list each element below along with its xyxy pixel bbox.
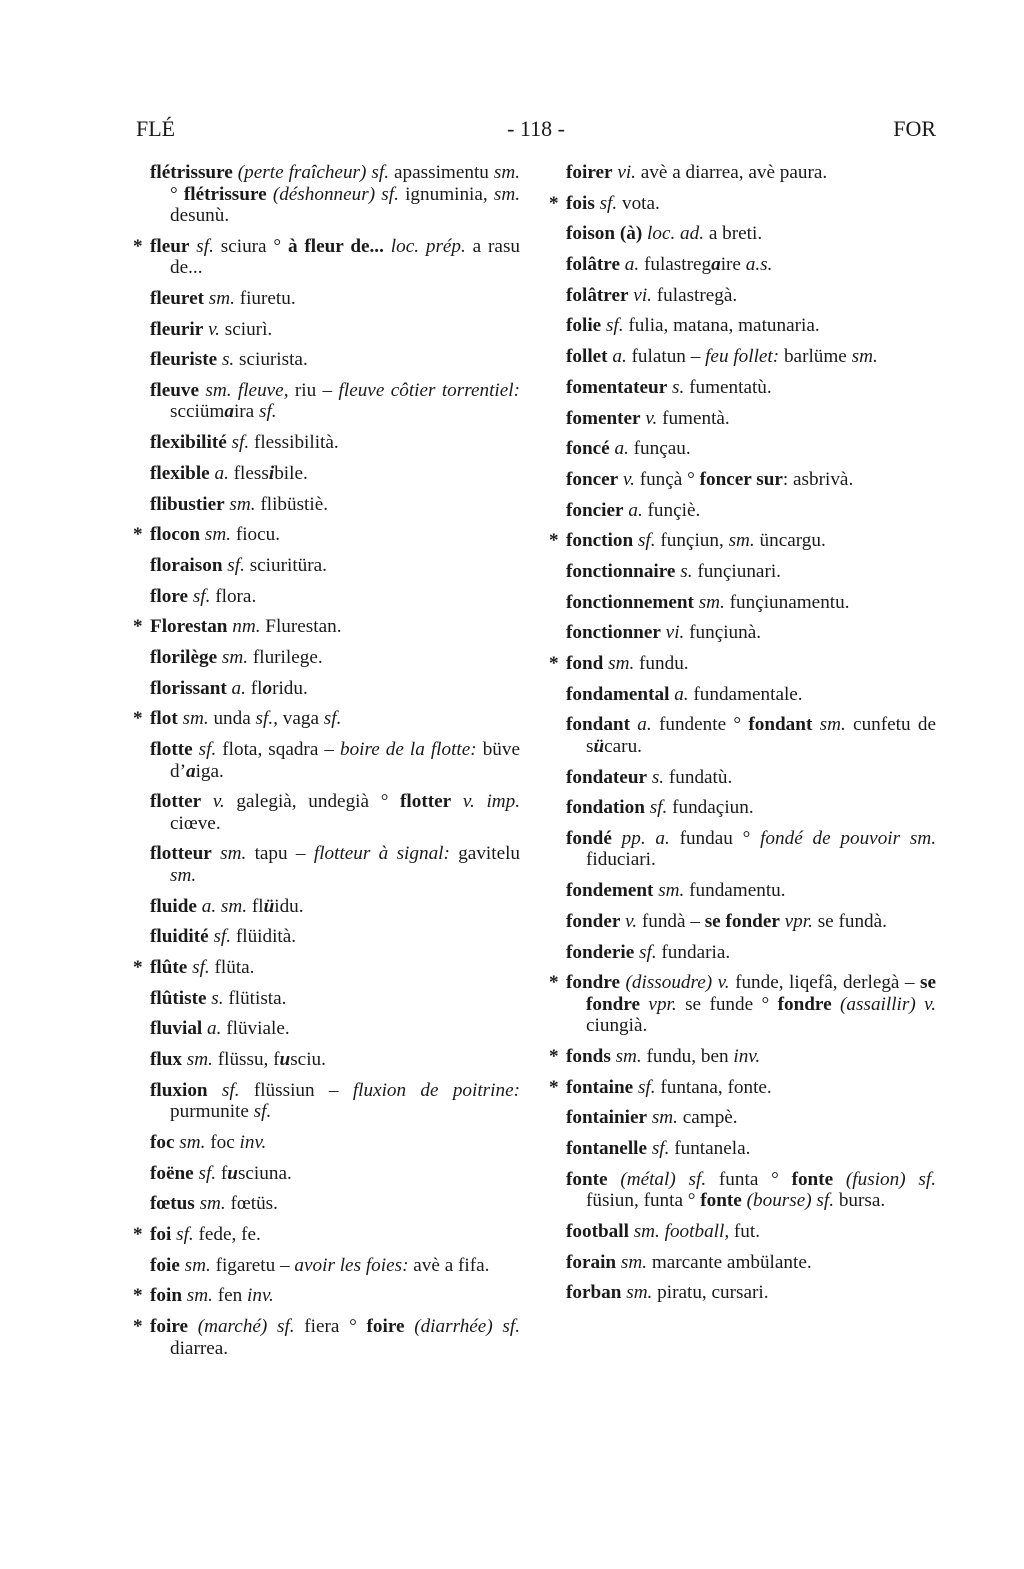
grammar-label: (fusion) sf. xyxy=(846,1169,936,1190)
definition-text: fen xyxy=(213,1285,247,1306)
grammar-label: sf. xyxy=(232,432,250,453)
dictionary-entry: folâtre a. fulastregaire a.s. xyxy=(566,254,936,276)
new-entry-asterisk-marker: * xyxy=(133,616,143,638)
grammar-label: (diarrhée) sf. xyxy=(414,1316,520,1337)
headword: fluvial xyxy=(150,1018,202,1039)
grammar-label: (perte fraîcheur) sf. xyxy=(238,162,389,183)
definition-text: ciœve. xyxy=(170,813,221,834)
new-entry-asterisk-marker: * xyxy=(133,1224,143,1246)
dictionary-entry: foc sm. foc inv. xyxy=(150,1132,520,1154)
headword: foirer xyxy=(566,162,613,183)
headword: flotteur xyxy=(150,843,212,864)
headword: fois xyxy=(566,193,595,214)
headword: foncer sur xyxy=(700,469,783,490)
definition-text: funçà ° xyxy=(635,469,700,490)
definition-text: funçiunamentu. xyxy=(725,592,850,613)
definition-text: a xyxy=(711,254,721,275)
dictionary-entry: fluvial a. flüviale. xyxy=(150,1018,520,1040)
grammar-label: a. sm. xyxy=(202,896,247,917)
definition-text: funçiunari. xyxy=(693,561,781,582)
grammar-label: sm. fleuve, xyxy=(205,380,288,401)
definition-text xyxy=(405,1316,415,1337)
grammar-label: vi. xyxy=(617,162,636,183)
dictionary-entry: foirer vi. avè a diarrea, avè paura. xyxy=(566,162,936,184)
definition-text: ü xyxy=(264,896,275,917)
grammar-label: s. xyxy=(211,988,223,1009)
definition-text: funde, liqefâ, derlegà – xyxy=(730,972,920,993)
headword: florilège xyxy=(150,647,217,668)
headword: flûtiste xyxy=(150,988,207,1009)
definition-text: sciurista. xyxy=(234,349,308,370)
grammar-label: s. xyxy=(672,377,684,398)
definition-text: fundamentu. xyxy=(684,880,785,901)
dictionary-entry: floraison sf. sciuritüra. xyxy=(150,555,520,577)
dictionary-entry: fleuriste s. sciurista. xyxy=(150,349,520,371)
headword: fleuriste xyxy=(150,349,217,370)
headword: fonctionnaire xyxy=(566,561,675,582)
definition-text: scciüm xyxy=(170,401,224,422)
headword: fonctionnement xyxy=(566,592,694,613)
new-entry-asterisk-marker: * xyxy=(549,1077,559,1099)
definition-text: galegià, undegià ° xyxy=(225,791,400,812)
headword: fomentateur xyxy=(566,377,667,398)
headword: flotter xyxy=(400,791,451,812)
definition-text: flota, sqadra – xyxy=(216,739,340,760)
headword: fonte xyxy=(700,1190,742,1211)
grammar-label: a.s. xyxy=(746,254,773,275)
definition-text: fulatun – xyxy=(627,346,705,367)
headword: fondement xyxy=(566,880,653,901)
definition-text: fede, fe. xyxy=(194,1224,261,1245)
grammar-label: sm. xyxy=(652,1107,678,1128)
definition-text: apassimentu xyxy=(389,162,494,183)
definition-text: flüidità. xyxy=(231,926,296,947)
definition-text: Flurestan. xyxy=(261,616,342,637)
headword: fleur xyxy=(150,236,189,257)
dictionary-entry: flibustier sm. flibüstiè. xyxy=(150,494,520,516)
header-last-guide-word: FOR xyxy=(893,116,936,142)
grammar-label: feu follet: xyxy=(705,346,779,367)
definition-text: flüssu, f xyxy=(213,1049,280,1070)
new-entry-asterisk-marker: * xyxy=(549,530,559,552)
headword: Florestan xyxy=(150,616,227,637)
definition-text: fiera ° xyxy=(295,1316,367,1337)
definition-text: sciuritüra. xyxy=(245,555,327,576)
definition-text: avè a diarrea, avè paura. xyxy=(636,162,827,183)
definition-text: desunù. xyxy=(170,205,229,226)
definition-text: diarrea. xyxy=(170,1338,228,1359)
dictionary-entry: foncé a. funçau. xyxy=(566,438,936,460)
headword: follet xyxy=(566,346,608,367)
dictionary-entry: *fontaine sf. funtana, fonte. xyxy=(566,1077,936,1099)
dictionary-entry: fluidité sf. flüidità. xyxy=(150,926,520,948)
dictionary-entry: *Florestan nm. Flurestan. xyxy=(150,616,520,638)
grammar-label: sf. xyxy=(259,401,277,422)
grammar-label: (métal) sf. xyxy=(620,1169,706,1190)
dictionary-entry: fomenter v. fumentà. xyxy=(566,408,936,430)
definition-text: fless xyxy=(229,463,269,484)
dictionary-entry: flotter v. galegià, undegià ° flotter v.… xyxy=(150,791,520,834)
definition-text: fundaçiun. xyxy=(667,797,753,818)
definition-text: bile. xyxy=(274,463,308,484)
grammar-label: sf. xyxy=(196,236,214,257)
dictionary-entry: forban sm. piratu, cursari. xyxy=(566,1282,936,1304)
headword: foncier xyxy=(566,500,624,521)
headword: fontanelle xyxy=(566,1138,647,1159)
definition-text xyxy=(188,1316,198,1337)
new-entry-asterisk-marker: * xyxy=(549,972,559,994)
headword: à fleur de... xyxy=(288,236,384,257)
headword: flore xyxy=(150,586,188,607)
right-column: foirer vi. avè a diarrea, avè paura.*foi… xyxy=(566,162,936,1313)
definition-text: fundatù. xyxy=(664,767,732,788)
grammar-label: sm. xyxy=(179,1132,205,1153)
new-entry-asterisk-marker: * xyxy=(133,524,143,546)
definition-text: avè a fifa. xyxy=(408,1255,489,1276)
dictionary-entry: fondation sf. fundaçiun. xyxy=(566,797,936,819)
grammar-label: s. xyxy=(222,349,234,370)
grammar-label: sf. xyxy=(606,315,624,336)
definition-text: funçiunà. xyxy=(684,622,761,643)
definition-text: sciuna. xyxy=(238,1163,292,1184)
definition-text: flurilege. xyxy=(248,647,323,668)
headword: flexible xyxy=(150,463,210,484)
headword: flux xyxy=(150,1049,182,1070)
definition-text: ire xyxy=(721,254,746,275)
headword: se fonder xyxy=(705,911,780,932)
definition-text: fundamentale. xyxy=(689,684,803,705)
definition-text: marcante ambülante. xyxy=(647,1252,812,1273)
definition-text: fl xyxy=(246,678,263,699)
definition-text: fumentà. xyxy=(657,408,729,429)
grammar-label: pp. a. xyxy=(622,828,670,849)
definition-text: funçiun, xyxy=(656,530,729,551)
dictionary-entry: folie sf. fulia, matana, matunaria. xyxy=(566,315,936,337)
definition-text: u xyxy=(280,1049,291,1070)
headword: foncé xyxy=(566,438,610,459)
headword: fondant xyxy=(566,714,630,735)
grammar-label: inv. xyxy=(240,1132,267,1153)
new-entry-asterisk-marker: * xyxy=(133,708,143,730)
definition-text: se fundà. xyxy=(813,911,887,932)
grammar-label: sm. xyxy=(187,1285,213,1306)
dictionary-entry: fondé pp. a. fundau ° fondé de pouvoir s… xyxy=(566,828,936,871)
definition-text: flüta. xyxy=(210,957,255,978)
headword: folie xyxy=(566,315,601,336)
definition-text: barlüme xyxy=(779,346,851,367)
dictionary-entry: foison (à) loc. ad. a breti. xyxy=(566,223,936,245)
headword: flotte xyxy=(150,739,193,760)
grammar-label: fleuve côtier torrentiel: xyxy=(339,380,520,401)
grammar-label: sf. xyxy=(600,193,618,214)
definition-text: fl xyxy=(247,896,264,917)
grammar-label: sf. xyxy=(652,1138,670,1159)
definition-text: üncargu. xyxy=(755,530,826,551)
grammar-label: vpr. xyxy=(785,911,813,932)
grammar-label: sm. xyxy=(200,1193,226,1214)
grammar-label: sf. xyxy=(254,1101,272,1122)
headword: fondé xyxy=(566,828,612,849)
grammar-label: sf. xyxy=(198,1163,216,1184)
grammar-label: sm. xyxy=(187,1049,213,1070)
definition-text: sciu. xyxy=(290,1049,326,1070)
dictionary-entry: florissant a. floridu. xyxy=(150,678,520,700)
dictionary-entry: fomentateur s. fumentatù. xyxy=(566,377,936,399)
grammar-label: fondé de pouvoir sm. xyxy=(760,828,936,849)
grammar-label: flotteur à signal: xyxy=(314,843,450,864)
definition-text: tapu – xyxy=(246,843,314,864)
headword: fondre xyxy=(566,972,620,993)
headword: florissant xyxy=(150,678,227,699)
dictionary-entry: flux sm. flüssu, fusciu. xyxy=(150,1049,520,1071)
definition-text: fundente ° xyxy=(652,714,749,735)
definition-text xyxy=(384,236,391,257)
dictionary-entry: fleuve sm. fleuve, riu – fleuve côtier t… xyxy=(150,380,520,423)
grammar-label: sm. xyxy=(820,714,846,735)
grammar-label: sf. xyxy=(193,586,211,607)
dictionary-entry: fontainier sm. campè. xyxy=(566,1107,936,1129)
dictionary-entry: fleurir v. sciurì. xyxy=(150,319,520,341)
definition-text: vota. xyxy=(617,193,660,214)
grammar-label: v. xyxy=(625,911,637,932)
definition-text: : asbrivà. xyxy=(783,469,853,490)
grammar-label: sf. xyxy=(638,530,656,551)
definition-text: fiduciari. xyxy=(586,849,656,870)
grammar-label: a. xyxy=(207,1018,221,1039)
dictionary-entry: fœtus sm. fœtüs. xyxy=(150,1193,520,1215)
definition-text: foc xyxy=(205,1132,239,1153)
grammar-label: sm. xyxy=(209,288,235,309)
definition-text: fundu, ben xyxy=(642,1046,734,1067)
definition-text: riu – xyxy=(289,380,339,401)
grammar-label: (marché) sf. xyxy=(198,1316,295,1337)
grammar-label: loc. ad. xyxy=(647,223,704,244)
grammar-label: sf. xyxy=(650,797,668,818)
headword: foc xyxy=(150,1132,175,1153)
definition-text xyxy=(201,791,213,812)
dictionary-entry: flexibilité sf. flessibilità. xyxy=(150,432,520,454)
grammar-label: (assaillir) v. xyxy=(840,994,936,1015)
definition-text xyxy=(208,1080,222,1101)
definition-text: figaretu – xyxy=(211,1255,295,1276)
dictionary-entry: flétrissure (perte fraîcheur) sf. apassi… xyxy=(150,162,520,227)
definition-text: fundà – xyxy=(637,911,705,932)
dictionary-entry: *flocon sm. fiocu. xyxy=(150,524,520,546)
dictionary-entry: forain sm. marcante ambülante. xyxy=(566,1252,936,1274)
headword: fondation xyxy=(566,797,645,818)
headword: fomenter xyxy=(566,408,641,429)
definition-text: füsiun, funta ° xyxy=(586,1190,700,1211)
headword: fonctionner xyxy=(566,622,661,643)
dictionary-entry: fleuret sm. fiuretu. xyxy=(150,288,520,310)
grammar-label: sm. xyxy=(616,1046,642,1067)
grammar-label: v. xyxy=(208,319,220,340)
definition-text: vaga xyxy=(278,708,324,729)
definition-text: funtanela. xyxy=(669,1138,750,1159)
definition-text: campè. xyxy=(678,1107,738,1128)
grammar-label: a. xyxy=(674,684,688,705)
dictionary-entry: flotte sf. flota, sqadra – boire de la f… xyxy=(150,739,520,782)
dictionary-entry: fondant a. fundente ° fondant sm. cunfet… xyxy=(566,714,936,757)
definition-text: se funde ° xyxy=(677,994,778,1015)
dictionary-entry: foëne sf. fusciuna. xyxy=(150,1163,520,1185)
headword: fleuve xyxy=(150,380,199,401)
definition-text xyxy=(833,1169,846,1190)
dictionary-entry: flûtiste s. flütista. xyxy=(150,988,520,1010)
grammar-label: v. imp. xyxy=(463,791,520,812)
headword: flibustier xyxy=(150,494,225,515)
grammar-label: sm. xyxy=(222,647,248,668)
grammar-label: sm. xyxy=(183,708,209,729)
headword: folâtre xyxy=(566,254,620,275)
definition-text: ignuminia, xyxy=(399,184,494,205)
definition-text: gavitelu xyxy=(450,843,520,864)
grammar-label: inv. xyxy=(247,1285,274,1306)
dictionary-entry: flotteur sm. tapu – flotteur à signal: g… xyxy=(150,843,520,886)
dictionary-entry: fonte (métal) sf. funta ° fonte (fusion)… xyxy=(566,1169,936,1212)
headword: fluidité xyxy=(150,926,209,947)
grammar-label: sf. xyxy=(222,1080,240,1101)
headword: floraison xyxy=(150,555,223,576)
dictionary-entry: flexible a. flessibile. xyxy=(150,463,520,485)
headword: fleurir xyxy=(150,319,203,340)
definition-text: a xyxy=(224,401,234,422)
definition-text: bursa. xyxy=(834,1190,885,1211)
headword: fondamental xyxy=(566,684,669,705)
grammar-label: sm. xyxy=(626,1282,652,1303)
grammar-label: sf., xyxy=(256,708,278,729)
dictionary-entry: *foire (marché) sf. fiera ° foire (diarr… xyxy=(150,1316,520,1359)
definition-text xyxy=(451,791,463,812)
dictionary-entry: fondamental a. fundamentale. xyxy=(566,684,936,706)
dictionary-entry: florilège sm. flurilege. xyxy=(150,647,520,669)
headword: flocon xyxy=(150,524,200,545)
definition-text: ü xyxy=(593,736,604,757)
headword: forban xyxy=(566,1282,621,1303)
definition-text: a breti. xyxy=(704,223,762,244)
grammar-label: sf. xyxy=(199,739,217,760)
definition-text: u xyxy=(227,1163,238,1184)
grammar-label: sm. xyxy=(220,843,246,864)
dictionary-entry: foncier a. funçiè. xyxy=(566,500,936,522)
grammar-label: avoir les foies: xyxy=(294,1255,408,1276)
headword: flûte xyxy=(150,957,187,978)
headword: foncer xyxy=(566,469,618,490)
dictionary-entry: fondement sm. fundamentu. xyxy=(566,880,936,902)
grammar-label: v. xyxy=(213,791,225,812)
definition-text: funçau. xyxy=(629,438,691,459)
headword: foi xyxy=(150,1224,171,1245)
grammar-label: s. xyxy=(652,767,664,788)
grammar-label: sm. xyxy=(621,1252,647,1273)
grammar-label: sf. xyxy=(213,926,231,947)
definition-text: flüviale. xyxy=(221,1018,289,1039)
grammar-label: sm. xyxy=(699,592,725,613)
definition-text: fumentatù. xyxy=(684,377,771,398)
headword: foin xyxy=(150,1285,182,1306)
grammar-label: sf. xyxy=(639,942,657,963)
definition-text: flora. xyxy=(210,586,256,607)
headword: fondateur xyxy=(566,767,647,788)
grammar-label: sm. xyxy=(494,184,520,205)
dictionary-entry: follet a. fulatun – feu follet: barlüme … xyxy=(566,346,936,368)
definition-text: ridu. xyxy=(272,678,308,699)
headword: foison (à) xyxy=(566,223,642,244)
definition-text: fulastregà. xyxy=(652,285,737,306)
headword: fluide xyxy=(150,896,197,917)
headword: fœtus xyxy=(150,1193,195,1214)
page-number: - 118 - xyxy=(136,116,936,142)
definition-text: fundu. xyxy=(634,653,688,674)
definition-text: sciurì. xyxy=(220,319,272,340)
new-entry-asterisk-marker: * xyxy=(133,957,143,979)
dictionary-entry: *fleur sf. sciura ° à fleur de... loc. p… xyxy=(150,236,520,279)
dictionary-entry: *fonds sm. fundu, ben inv. xyxy=(566,1046,936,1068)
dictionary-entry: *fond sm. fundu. xyxy=(566,653,936,675)
dictionary-entry: flore sf. flora. xyxy=(150,586,520,608)
grammar-label: sm. xyxy=(658,880,684,901)
dictionary-entry: fonder v. fundà – se fonder vpr. se fund… xyxy=(566,911,936,933)
definition-text: flibüstiè. xyxy=(256,494,328,515)
grammar-label: vi. xyxy=(666,622,685,643)
new-entry-asterisk-marker: * xyxy=(133,1285,143,1307)
headword: foie xyxy=(150,1255,180,1276)
grammar-label: sm. xyxy=(205,524,231,545)
dictionary-entry: foncer v. funçà ° foncer sur: asbrivà. xyxy=(566,469,936,491)
grammar-label: (bourse) sf. xyxy=(747,1190,834,1211)
grammar-label: a. xyxy=(214,463,228,484)
grammar-label: sm. football, xyxy=(634,1221,729,1242)
definition-text: fundau ° xyxy=(670,828,760,849)
grammar-label: a. xyxy=(232,678,246,699)
headword: forain xyxy=(566,1252,616,1273)
definition-text: flüssiun – xyxy=(240,1080,353,1101)
dictionary-entry: fluxion sf. flüssiun – fluxion de poitri… xyxy=(150,1080,520,1123)
dictionary-entry: fondateur s. fundatù. xyxy=(566,767,936,789)
grammar-label: fluxion de poitrine: xyxy=(353,1080,520,1101)
new-entry-asterisk-marker: * xyxy=(549,653,559,675)
grammar-label: v. xyxy=(645,408,657,429)
definition-text: fœtüs. xyxy=(226,1193,278,1214)
definition-text: funçiè. xyxy=(643,500,701,521)
headword: football xyxy=(566,1221,629,1242)
grammar-label: sm. xyxy=(170,865,196,886)
headword: fond xyxy=(566,653,603,674)
new-entry-asterisk-marker: * xyxy=(549,1046,559,1068)
headword: fleuret xyxy=(150,288,204,309)
definition-text: piratu, cursari. xyxy=(652,1282,768,1303)
headword: foire xyxy=(150,1316,188,1337)
grammar-label: vpr. xyxy=(648,994,676,1015)
dictionary-entry: *flot sm. unda sf., vaga sf. xyxy=(150,708,520,730)
definition-text: unda xyxy=(209,708,256,729)
headword: fontainier xyxy=(566,1107,647,1128)
definition-text: a xyxy=(186,761,196,782)
grammar-label: a. xyxy=(614,438,628,459)
dictionary-entry: *fondre (dissoudre) v. funde, liqefâ, de… xyxy=(566,972,936,1037)
grammar-label: vi. xyxy=(633,285,652,306)
definition-text: fundaria. xyxy=(657,942,731,963)
dictionary-entry: fonderie sf. fundaria. xyxy=(566,942,936,964)
grammar-label: sm. xyxy=(494,162,520,183)
definition-text: funtana, fonte. xyxy=(656,1077,772,1098)
headword: flotter xyxy=(150,791,201,812)
new-entry-asterisk-marker: * xyxy=(133,236,143,258)
headword: fondant xyxy=(748,714,812,735)
definition-text: iga. xyxy=(196,761,224,782)
dictionary-entry: fonctionner vi. funçiunà. xyxy=(566,622,936,644)
dictionary-entry: folâtrer vi. fulastregà. xyxy=(566,285,936,307)
